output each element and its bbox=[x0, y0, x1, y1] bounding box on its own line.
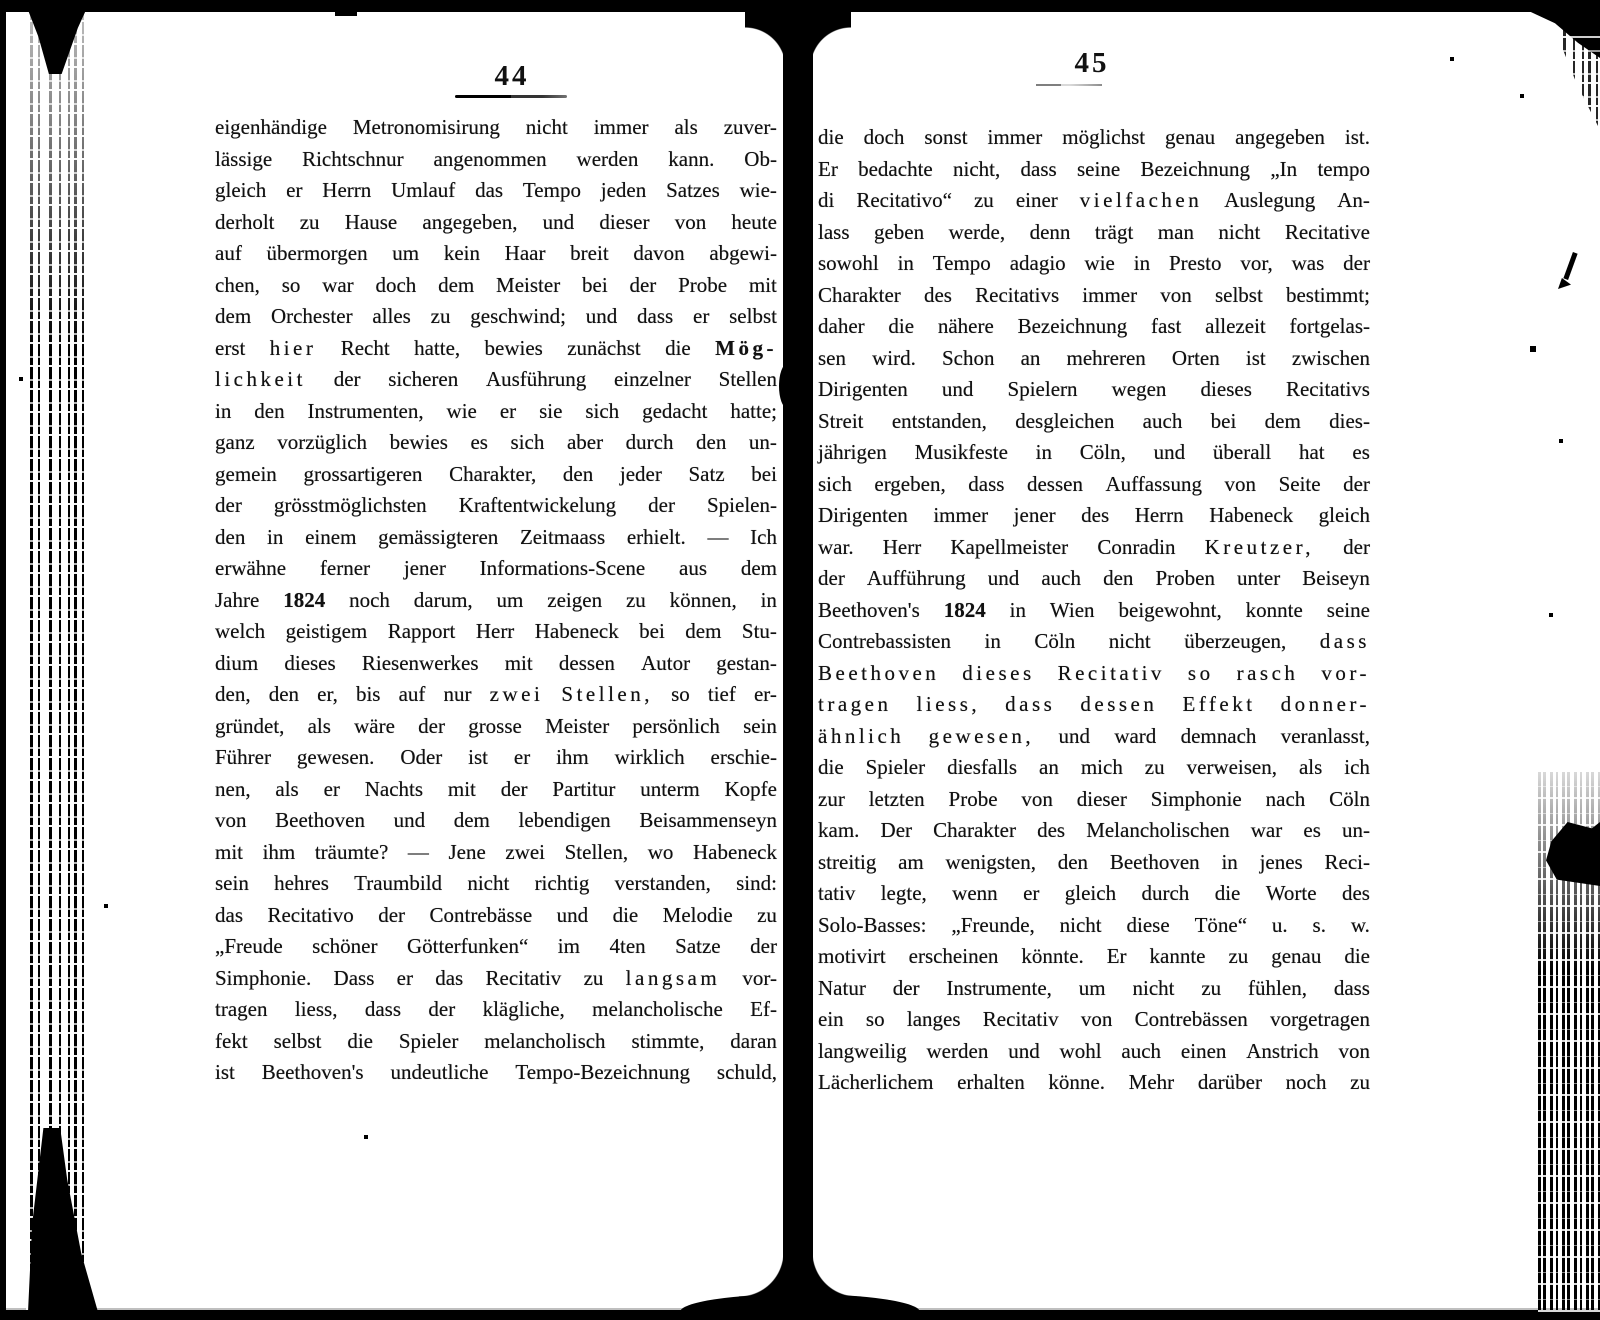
text-line: gründet,alswäredergrosseMeisterpersönlic… bbox=[215, 711, 777, 743]
text-line: tragenliess,dassdessenEffektdonner- bbox=[818, 689, 1370, 721]
text-line: derholtzuHauseangegeben,unddieservonheut… bbox=[215, 207, 777, 239]
text-line: daherdienähereBezeichnungfastallezeitfor… bbox=[818, 311, 1370, 343]
page-number-44: 44 bbox=[452, 60, 572, 93]
text-line: zurletztenProbevondieserSimphonienachCöl… bbox=[818, 784, 1370, 816]
text-line: derAufführungundauchdenProbenunterBeisey… bbox=[818, 563, 1370, 595]
scan-artifact-gutter-fillet-bl bbox=[739, 1252, 783, 1310]
text-line: lässigeRichtschnurangenommenwerdenkann.O… bbox=[215, 144, 777, 176]
text-line: ganzvorzüglichbewiesessichaberdurchdenun… bbox=[215, 427, 777, 459]
text-line: seinhehresTraumbildnichtrichtigverstande… bbox=[215, 868, 777, 900]
text-line: BeethovendiesesRecitativsoraschvor- bbox=[818, 658, 1370, 690]
text-line: nen,alserNachtsmitderPartituruntermKopfe bbox=[215, 774, 777, 806]
text-line: kam.DerCharakterdesMelancholischenwaresu… bbox=[818, 815, 1370, 847]
text-line: Führergewesen.Oderisterihmwirklicherschi… bbox=[215, 742, 777, 774]
text-line: denineinemgemässigterenZeitmaasserhielt.… bbox=[215, 522, 777, 554]
scan-artifact-speck-mark bbox=[1558, 278, 1571, 289]
text-line: DirigentenundSpielernwegendiesesRecitati… bbox=[818, 374, 1370, 406]
text-line: lassgebenwerde,dennträgtmannichtRecitati… bbox=[818, 217, 1370, 249]
text-line: chen,sowardochdemMeisterbeiderProbemit bbox=[215, 270, 777, 302]
scan-artifact-gutter-fillet-tl bbox=[745, 12, 783, 68]
text-line: diRecitativo“zueinervielfachenAuslegungA… bbox=[818, 185, 1370, 217]
text-line: CharakterdesRecitativsimmervonselbstbest… bbox=[818, 280, 1370, 312]
text-line: Jahre1824nochdarum,umzeigenzukönnen,in bbox=[215, 585, 777, 617]
text-line: ersthierRechthatte,bewieszunächstdieMög- bbox=[215, 333, 777, 365]
scan-artifact-gutter-bump bbox=[779, 364, 795, 408]
page-45-text: diedochsonstimmermöglichstgenauangegeben… bbox=[818, 122, 1370, 1099]
scan-artifact-gutter-shadow bbox=[783, 10, 813, 1312]
text-line: Simphonie.DasserdasRecitativzulangsamvor… bbox=[215, 963, 777, 995]
page-44-text: eigenhändigeMetronomisirungnichtimmerals… bbox=[215, 112, 777, 1089]
text-line: tativlegte,wennergleichdurchdieWortedes bbox=[818, 878, 1370, 910]
text-line: indenInstrumenten,wieersiesichgedachthat… bbox=[215, 396, 777, 428]
book-scan: 44 eigenhändigeMetronomisirungnichtimmer… bbox=[0, 0, 1600, 1320]
text-line: jährigenMusikfesteinCöln,undüberallhates bbox=[818, 437, 1370, 469]
text-line: ContrebassisteninCölnnichtüberzeugen,das… bbox=[818, 626, 1370, 658]
text-line: streitigamwenigsten,denBeethoveninjenesR… bbox=[818, 847, 1370, 879]
text-line: Lächerlichemerhaltenkönne.Mehrdarübernoc… bbox=[818, 1067, 1370, 1099]
page-number-underline-45 bbox=[1036, 84, 1102, 86]
scan-artifact-gutter-fillet-tr bbox=[813, 12, 851, 68]
text-line: den,dener,bisaufnurzweiStellen,sotiefer- bbox=[215, 679, 777, 711]
text-line: Beethoven's1824inWienbeigewohnt,konntese… bbox=[818, 595, 1370, 627]
text-line: tragenliess,dassderklägliche,melancholis… bbox=[215, 994, 777, 1026]
text-line: diedochsonstimmermöglichstgenauangegeben… bbox=[818, 122, 1370, 154]
text-line: motivirterscheinenkönnte.Erkanntezugenau… bbox=[818, 941, 1370, 973]
text-line: vonBeethovenunddemlebendigenBeisammensey… bbox=[215, 805, 777, 837]
text-line: dieSpielerdiesfallsanmichzuverweisen,als… bbox=[818, 752, 1370, 784]
text-line: eigenhändigeMetronomisirungnichtimmerals… bbox=[215, 112, 777, 144]
text-line: senwird.SchonanmehrerenOrtenistzwischen bbox=[818, 343, 1370, 375]
text-line: ähnlichgewesen,undwarddemnachveranlasst, bbox=[818, 721, 1370, 753]
text-line: Streitentstanden,desgleichenauchbeidemdi… bbox=[818, 406, 1370, 438]
scan-artifact-dots bbox=[0, 0, 2, 2]
text-line: langweiligwerdenundwohlaucheinenAnstrich… bbox=[818, 1036, 1370, 1068]
text-line: istBeethoven'sundeutlicheTempo-Bezeichnu… bbox=[215, 1057, 777, 1089]
text-line: mitihmträumte?—JenezweiStellen,woHabenec… bbox=[215, 837, 777, 869]
text-line: erwähnefernerjenerInformations-Sceneausd… bbox=[215, 553, 777, 585]
text-line: aufübermorgenumkeinHaarbreitdavonabgewi- bbox=[215, 238, 777, 270]
text-line: Erbedachtenicht,dassseineBezeichnung„Int… bbox=[818, 154, 1370, 186]
text-line: „FreudeschönerGötterfunken“im4tenSatzede… bbox=[215, 931, 777, 963]
text-line: Solo-Basses:„Freunde,nichtdieseTöne“u.s.… bbox=[818, 910, 1370, 942]
text-line: fektselbstdieSpielermelancholischstimmte… bbox=[215, 1026, 777, 1058]
scan-artifact-top-nub bbox=[335, 12, 357, 16]
page-number-underline-44 bbox=[455, 95, 567, 98]
text-line: welchgeistigemRapportHerrHabeneckbeidemS… bbox=[215, 616, 777, 648]
text-line: gemeingrossartigerenCharakter,denjederSa… bbox=[215, 459, 777, 491]
text-line: einsolangesRecitativvonContrebässenvorge… bbox=[818, 1004, 1370, 1036]
text-line: diumdiesesRiesenwerkesmitdessenAutorgest… bbox=[215, 648, 777, 680]
scan-artifact-left-edge bbox=[0, 0, 6, 1320]
page-number-45: 45 bbox=[1032, 47, 1152, 80]
text-line: lichkeitdersicherenAusführungeinzelnerSt… bbox=[215, 364, 777, 396]
text-line: war.HerrKapellmeisterConradinKreutzer,de… bbox=[818, 532, 1370, 564]
scan-artifact-speck-mark bbox=[1563, 252, 1577, 280]
text-line: demOrchesteralleszugeschwind;unddasserse… bbox=[215, 301, 777, 333]
text-line: sichergeben,dassdessenAuffassungvonSeite… bbox=[818, 469, 1370, 501]
scan-artifact-gutter-fillet-br bbox=[813, 1252, 857, 1310]
text-line: gleicherHerrnUmlaufdasTempojedenSatzeswi… bbox=[215, 175, 777, 207]
scan-artifact-topright-speckles bbox=[1540, 30, 1600, 130]
text-line: sowohlinTempoadagiowieinPrestovor,wasder bbox=[818, 248, 1370, 280]
text-line: dasRecitativoderContrebässeunddieMelodie… bbox=[215, 900, 777, 932]
text-line: dergrösstmöglichstenKraftentwickelungder… bbox=[215, 490, 777, 522]
text-line: DirigentenimmerjenerdesHerrnHabeneckglei… bbox=[818, 500, 1370, 532]
text-line: NaturderInstrumente,umnichtzufühlen,dass bbox=[818, 973, 1370, 1005]
